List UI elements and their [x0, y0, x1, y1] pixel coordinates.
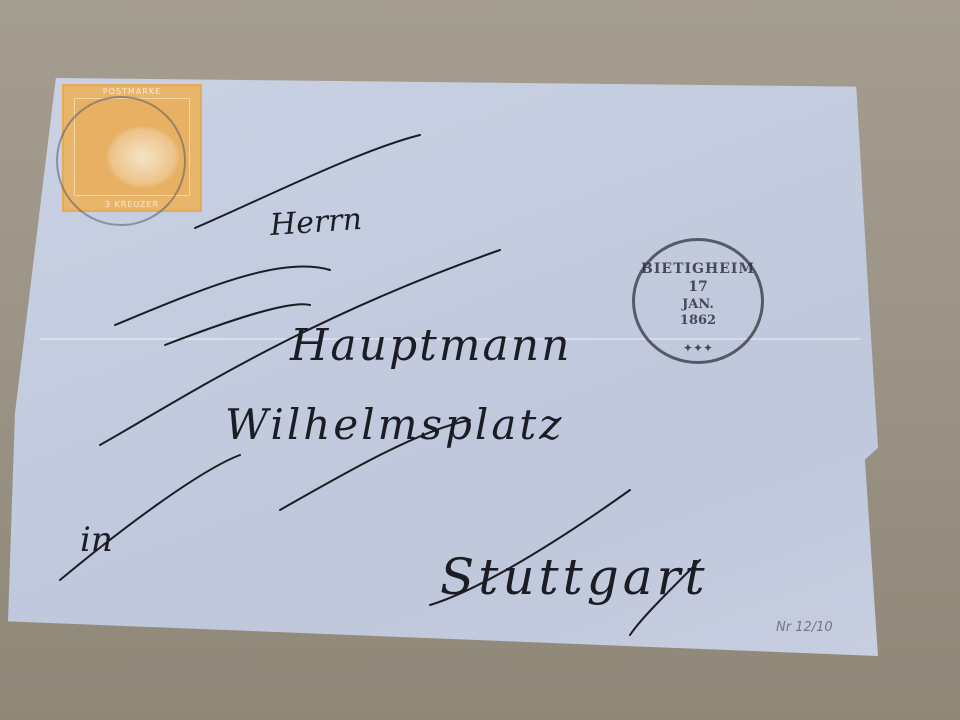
pencil-note: Nr 12/10 [776, 620, 833, 635]
address-salutation: Herrn [269, 202, 363, 243]
address-city: Stuttgart [440, 548, 709, 606]
address-street: Wilhelmsplatz [225, 400, 564, 449]
address-name: Hauptmann [290, 320, 571, 371]
address-prefix: in [80, 520, 113, 560]
